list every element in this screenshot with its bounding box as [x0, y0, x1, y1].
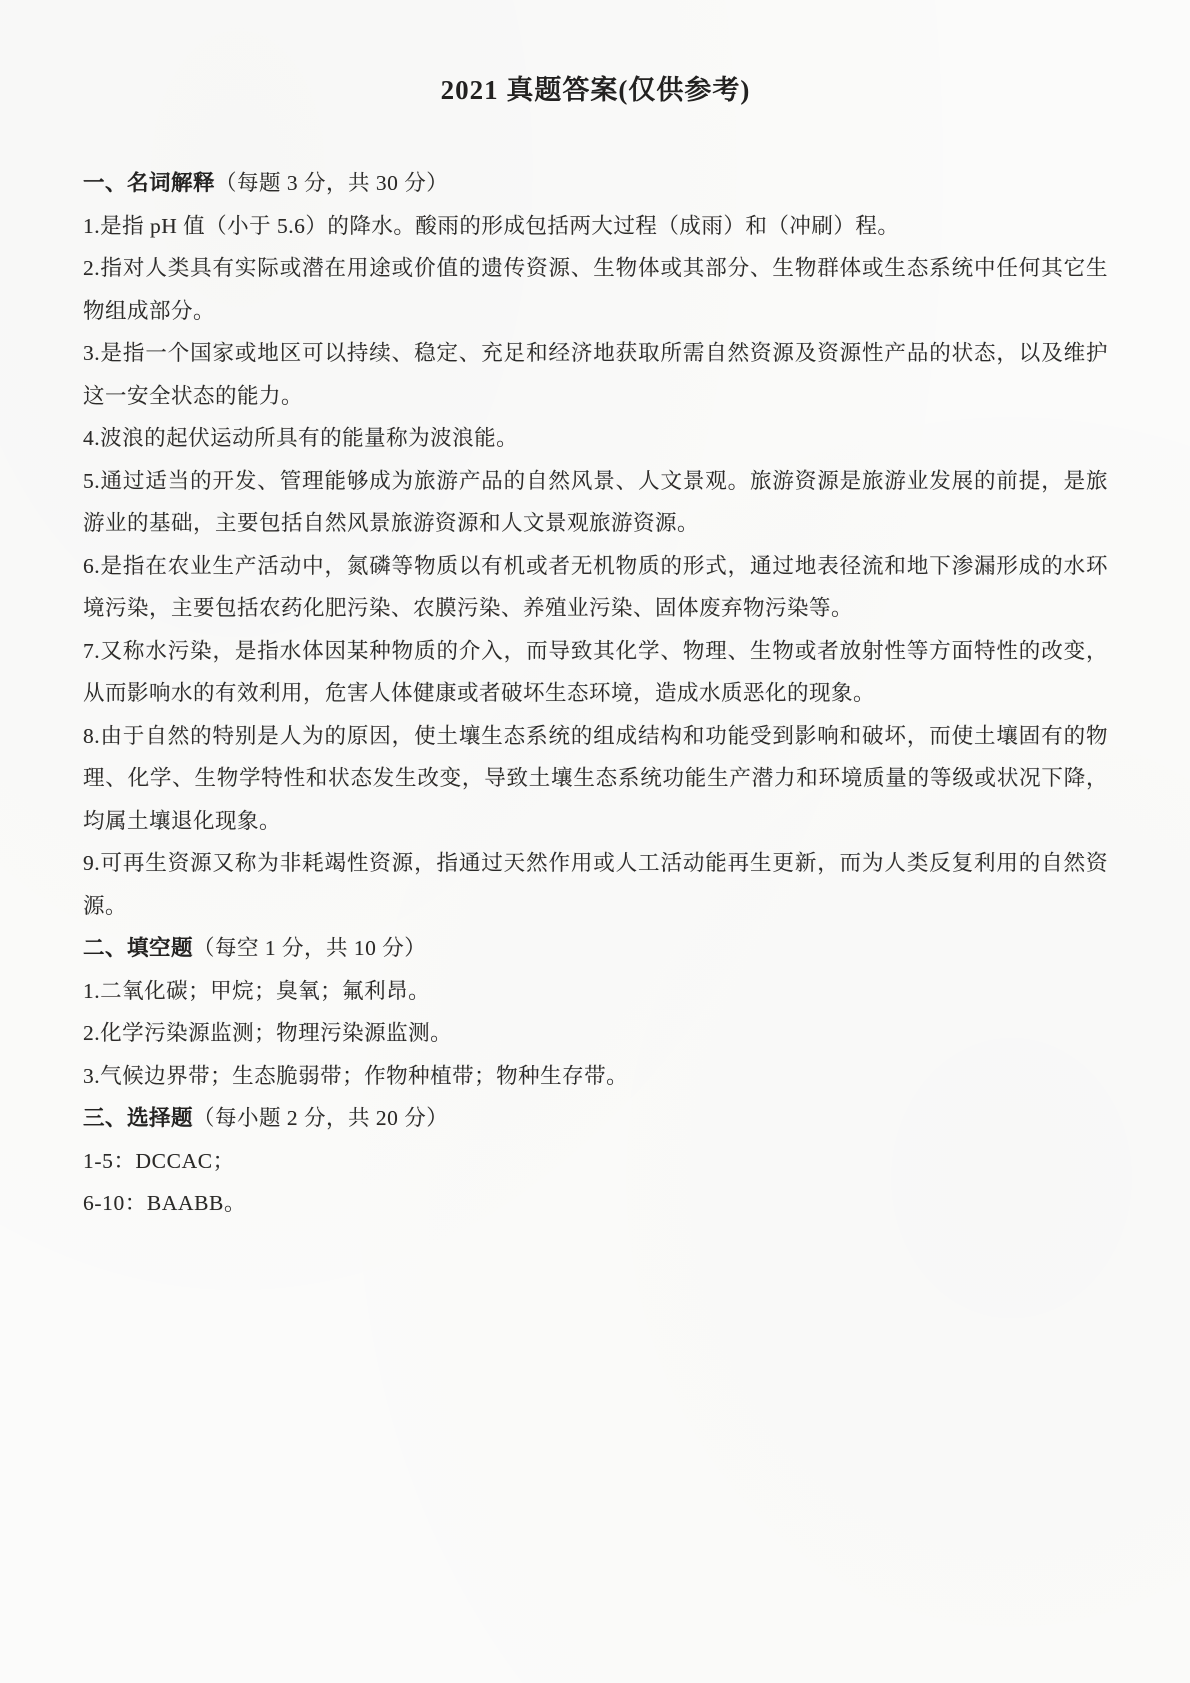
section-heading-detail: （每题 3 分，共 30 分） [215, 171, 448, 195]
section-heading-detail: （每小题 2 分，共 20 分） [193, 1106, 448, 1130]
document-page: 2021 真题答案(仅供参考) 一、名词解释（每题 3 分，共 30 分） 1.… [0, 0, 1190, 1683]
section-heading-label: 三、选择题 [83, 1106, 193, 1130]
answer-paragraph: 4.波浪的起伏运动所具有的能量称为波浪能。 [83, 417, 1108, 460]
answer-paragraph: 3.气候边界带；生态脆弱带；作物种植带；物种生存带。 [83, 1055, 1108, 1098]
answer-paragraph: 2.化学污染源监测；物理污染源监测。 [83, 1012, 1108, 1055]
section-heading: 三、选择题（每小题 2 分，共 20 分） [83, 1097, 1108, 1140]
answer-paragraph: 1.是指 pH 值（小于 5.6）的降水。酸雨的形成包括两大过程（成雨）和（冲刷… [83, 205, 1108, 248]
section-heading-label: 二、填空题 [83, 936, 193, 960]
section-heading-label: 一、名词解释 [83, 171, 215, 195]
answer-paragraph: 6.是指在农业生产活动中，氮磷等物质以有机或者无机物质的形式，通过地表径流和地下… [83, 545, 1108, 630]
answer-paragraph: 2.指对人类具有实际或潜在用途或价值的遗传资源、生物体或其部分、生物群体或生态系… [83, 247, 1108, 332]
answer-paragraph: 5.通过适当的开发、管理能够成为旅游产品的自然风景、人文景观。旅游资源是旅游业发… [83, 460, 1108, 545]
answer-paragraph: 6-10：BAABB。 [83, 1182, 1108, 1225]
section-heading: 二、填空题（每空 1 分，共 10 分） [83, 927, 1108, 970]
answer-paragraph: 1.二氧化碳；甲烷；臭氧；氟利昂。 [83, 970, 1108, 1013]
section-multiple-choice: 三、选择题（每小题 2 分，共 20 分） 1-5：DCCAC； 6-10：BA… [83, 1097, 1108, 1225]
answer-paragraph: 7.又称水污染，是指水体因某种物质的介入，而导致其化学、物理、生物或者放射性等方… [83, 630, 1108, 715]
page-title: 2021 真题答案(仅供参考) [83, 70, 1108, 110]
answer-paragraph: 1-5：DCCAC； [83, 1140, 1108, 1183]
section-heading-detail: （每空 1 分，共 10 分） [193, 936, 426, 960]
section-heading: 一、名词解释（每题 3 分，共 30 分） [83, 162, 1108, 205]
section-term-definitions: 一、名词解释（每题 3 分，共 30 分） 1.是指 pH 值（小于 5.6）的… [83, 162, 1108, 927]
answer-paragraph: 9.可再生资源又称为非耗竭性资源，指通过天然作用或人工活动能再生更新，而为人类反… [83, 842, 1108, 927]
answer-paragraph: 3.是指一个国家或地区可以持续、稳定、充足和经济地获取所需自然资源及资源性产品的… [83, 332, 1108, 417]
section-fill-in-blanks: 二、填空题（每空 1 分，共 10 分） 1.二氧化碳；甲烷；臭氧；氟利昂。 2… [83, 927, 1108, 1097]
answer-paragraph: 8.由于自然的特别是人为的原因，使土壤生态系统的组成结构和功能受到影响和破坏，而… [83, 715, 1108, 843]
